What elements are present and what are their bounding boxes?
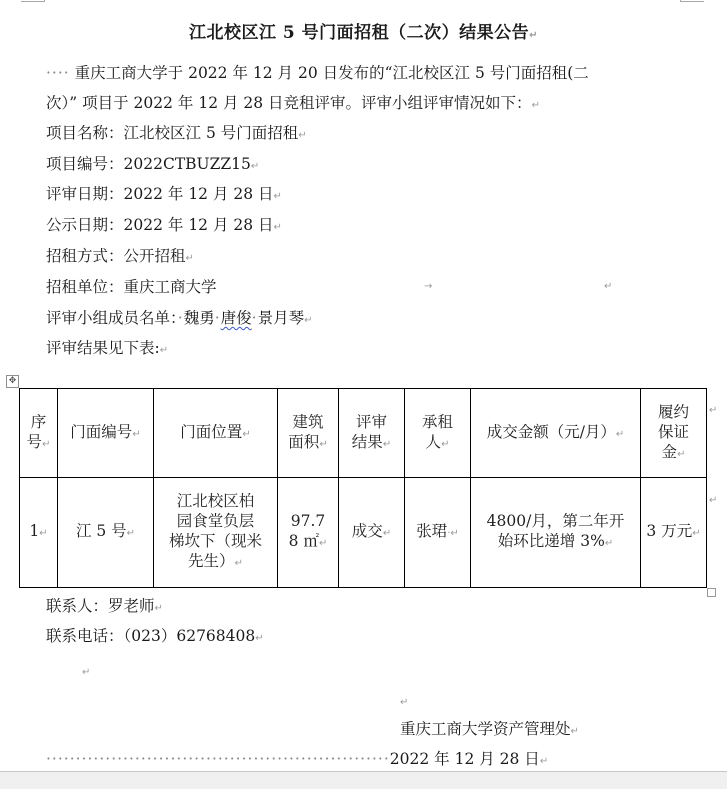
paragraph-mark-icon: ↵ [571, 726, 579, 737]
spellcheck-underlined-name[interactable]: 唐俊 [221, 309, 252, 327]
field-publish-date: 公示日期：2022 年 12 月 28 日↵ [46, 215, 282, 238]
cell-location[interactable]: 江北校区柏园食堂负层梯坎下（现米先生）↵ [154, 478, 278, 588]
cell-mark-icon: ↵ [42, 439, 50, 450]
result-table: 序号↵ 门面编号↵ 门面位置↵ 建筑面积↵ 评审结果↵ 承租人↵ 成交金额（元/… [19, 388, 707, 588]
contact-person: 联系人：罗老师↵ [46, 596, 163, 619]
table-header-row: 序号↵ 门面编号↵ 门面位置↵ 建筑面积↵ 评审结果↵ 承租人↵ 成交金额（元/… [20, 389, 707, 478]
paragraph-mark-icon: ↵ [304, 315, 312, 326]
cell-mark-icon: ↵ [383, 528, 391, 539]
cell-mark-icon: ↵ [235, 558, 243, 569]
paragraph-mark-icon: ↵ [255, 633, 263, 644]
table-row: 1↵ 江 5 号↵ 江北校区柏园食堂负层梯坎下（现米先生）↵ 97.78 ㎡↵ … [20, 478, 707, 588]
paragraph-mark-icon: ↵ [529, 30, 538, 41]
document-title: 江北校区江 5 号门面招租（二次）结果公告↵ [0, 18, 727, 43]
header-shop-no[interactable]: 门面编号↵ [58, 389, 154, 478]
cell-mark-icon: ↵ [319, 439, 327, 450]
header-index[interactable]: 序号↵ [20, 389, 58, 478]
paragraph-mark-icon: ↵ [298, 130, 306, 141]
field-panel-members: 评审小组成员名单：·魏勇·唐俊·景月琴↵ [46, 308, 313, 331]
cell-shop-no[interactable]: 江 5 号↵ [58, 478, 154, 588]
intro-paragraph-line1: ···· 重庆工商大学于 2022 年 12 月 20 日发布的“江北校区江 5… [46, 63, 589, 83]
cell-amount[interactable]: 4800/月，第二年开始环比递增 3%↵ [471, 478, 641, 588]
paragraph-mark-icon: ↵ [400, 697, 408, 708]
contact-phone: 联系电话：（023）62768408↵ [46, 626, 264, 649]
cell-mark-icon: ↵ [39, 528, 47, 539]
header-result[interactable]: 评审结果↵ [339, 389, 405, 478]
cell-deposit[interactable]: 3 万元↵ [641, 478, 707, 588]
field-lease-method: 招租方式：公开招租↵ [46, 246, 194, 269]
signature-org: 重庆工商大学资产管理处↵ [400, 719, 579, 742]
paragraph-mark-icon: ↵ [82, 667, 90, 678]
cell-mark-icon: ↵ [677, 449, 685, 460]
table-move-handle-icon[interactable]: ✥ [6, 375, 19, 388]
table-intro: 评审结果见下表:↵ [46, 338, 168, 361]
cell-mark-icon: ↵ [242, 429, 250, 440]
cell-mark-icon: ↵ [605, 538, 613, 549]
paragraph-mark-icon: ↵ [532, 100, 540, 111]
header-deposit[interactable]: 履约保证金↵ [641, 389, 707, 478]
page-bottom-edge [0, 771, 727, 789]
signature-date: ········································… [46, 749, 548, 772]
empty-paragraph: ↵ [400, 690, 408, 713]
field-lease-unit: 招租单位：重庆工商大学→↵ [46, 277, 217, 297]
empty-paragraph: ↵ [82, 660, 90, 683]
paragraph-mark-icon: ↵ [186, 253, 194, 264]
paragraph-mark-icon: ↵ [540, 756, 548, 767]
cell-mark-icon: ·↵ [447, 528, 459, 539]
cell-mark-icon: ↵ [383, 439, 391, 450]
indent-dots: ········································… [46, 750, 390, 768]
page-corner-mark-right [680, 0, 704, 2]
paragraph-mark-icon: ↵ [274, 191, 282, 202]
row-end-mark-icon: ↵ [709, 495, 717, 506]
row-end-mark-icon: ↵ [709, 405, 717, 416]
cell-mark-icon: ↵ [692, 528, 700, 539]
header-area[interactable]: 建筑面积↵ [278, 389, 339, 478]
cell-mark-icon: ↵ [132, 429, 140, 440]
field-review-date: 评审日期：2022 年 12 月 28 日↵ [46, 184, 282, 207]
paragraph-mark-icon: ↵ [251, 161, 259, 172]
paragraph-mark-icon: ↵ [604, 277, 612, 297]
cell-index[interactable]: 1↵ [20, 478, 58, 588]
header-location[interactable]: 门面位置↵ [154, 389, 278, 478]
paragraph-mark-icon: ↵ [155, 603, 163, 614]
cell-area[interactable]: 97.78 ㎡↵ [278, 478, 339, 588]
cell-mark-icon: ↵ [441, 439, 449, 450]
cell-tenant[interactable]: 张珺·↵ [405, 478, 471, 588]
intro-paragraph-line2: 次）” 项目于 2022 年 12 月 28 日竞租评审。评审小组评审情况如下：… [46, 93, 540, 116]
cell-mark-icon: ↵ [319, 538, 327, 549]
cell-mark-icon: ↵ [127, 528, 135, 539]
indent-dots: ···· [46, 64, 70, 82]
header-tenant[interactable]: 承租人↵ [405, 389, 471, 478]
page-corner-mark-left [21, 0, 45, 2]
paragraph-mark-icon: ↵ [274, 222, 282, 233]
cell-result[interactable]: 成交↵ [339, 478, 405, 588]
field-project-number: 项目编号：2022CTBUZZ15↵ [46, 154, 259, 177]
paragraph-mark-icon: ↵ [160, 345, 168, 356]
tab-mark-icon: → [424, 277, 432, 297]
table-resize-handle-icon[interactable] [707, 588, 716, 597]
field-project-name: 项目名称：江北校区江 5 号门面招租↵ [46, 123, 307, 146]
header-amount[interactable]: 成交金额（元/月）↵ [471, 389, 641, 478]
cell-mark-icon: ↵ [616, 429, 624, 440]
